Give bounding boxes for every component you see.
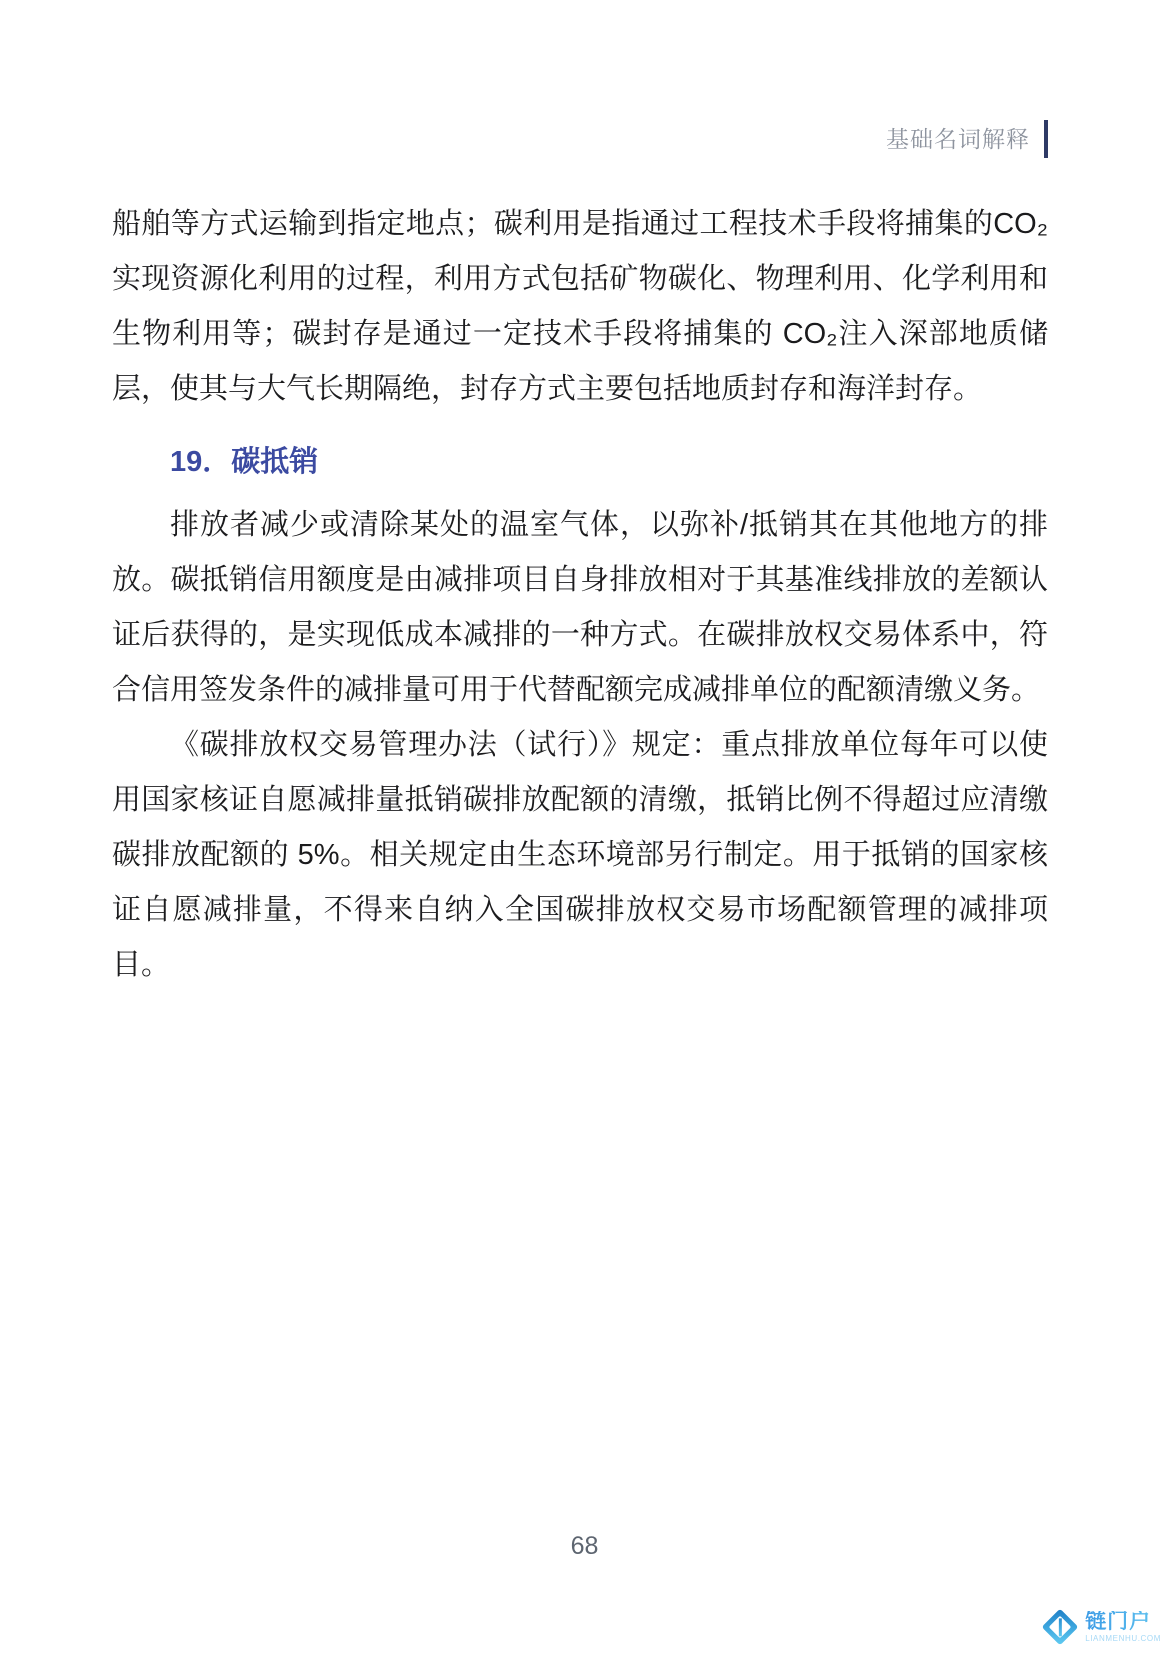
running-header-title: 基础名词解释: [886, 128, 1030, 151]
watermark-logo: 链门户 LIANMENHU.COM: [1042, 1609, 1161, 1645]
header-divider-bar: [1044, 120, 1048, 158]
logo-domain: LIANMENHU.COM: [1085, 1635, 1161, 1643]
page-content: 船舶等方式运输到指定地点；碳利用是指通过工程技术手段将捕集的CO₂实现资源化利用…: [112, 197, 1048, 993]
paragraph-carbon-offset-definition: 排放者减少或清除某处的温室气体，以弥补/抵销其在其他地方的排放。碳抵销信用额度是…: [112, 498, 1048, 718]
paragraph-ccus-continued: 船舶等方式运输到指定地点；碳利用是指通过工程技术手段将捕集的CO₂实现资源化利用…: [112, 197, 1048, 417]
logo-name: 链门户: [1085, 1611, 1161, 1632]
section-heading-19-carbon-offset: 19．碳抵销: [112, 440, 1048, 484]
running-header: 基础名词解释: [0, 120, 1048, 158]
paragraph-offset-regulation: 《碳排放权交易管理办法（试行）》规定：重点排放单位每年可以使用国家核证自愿减排量…: [112, 718, 1048, 993]
lianmenhu-logo-icon: [1042, 1609, 1078, 1645]
logo-text-block: 链门户 LIANMENHU.COM: [1085, 1611, 1161, 1643]
diamond-icon: [1042, 1609, 1079, 1646]
document-page: 基础名词解释 船舶等方式运输到指定地点；碳利用是指通过工程技术手段将捕集的CO₂…: [0, 0, 1169, 1653]
page-number: 68: [0, 1532, 1169, 1561]
